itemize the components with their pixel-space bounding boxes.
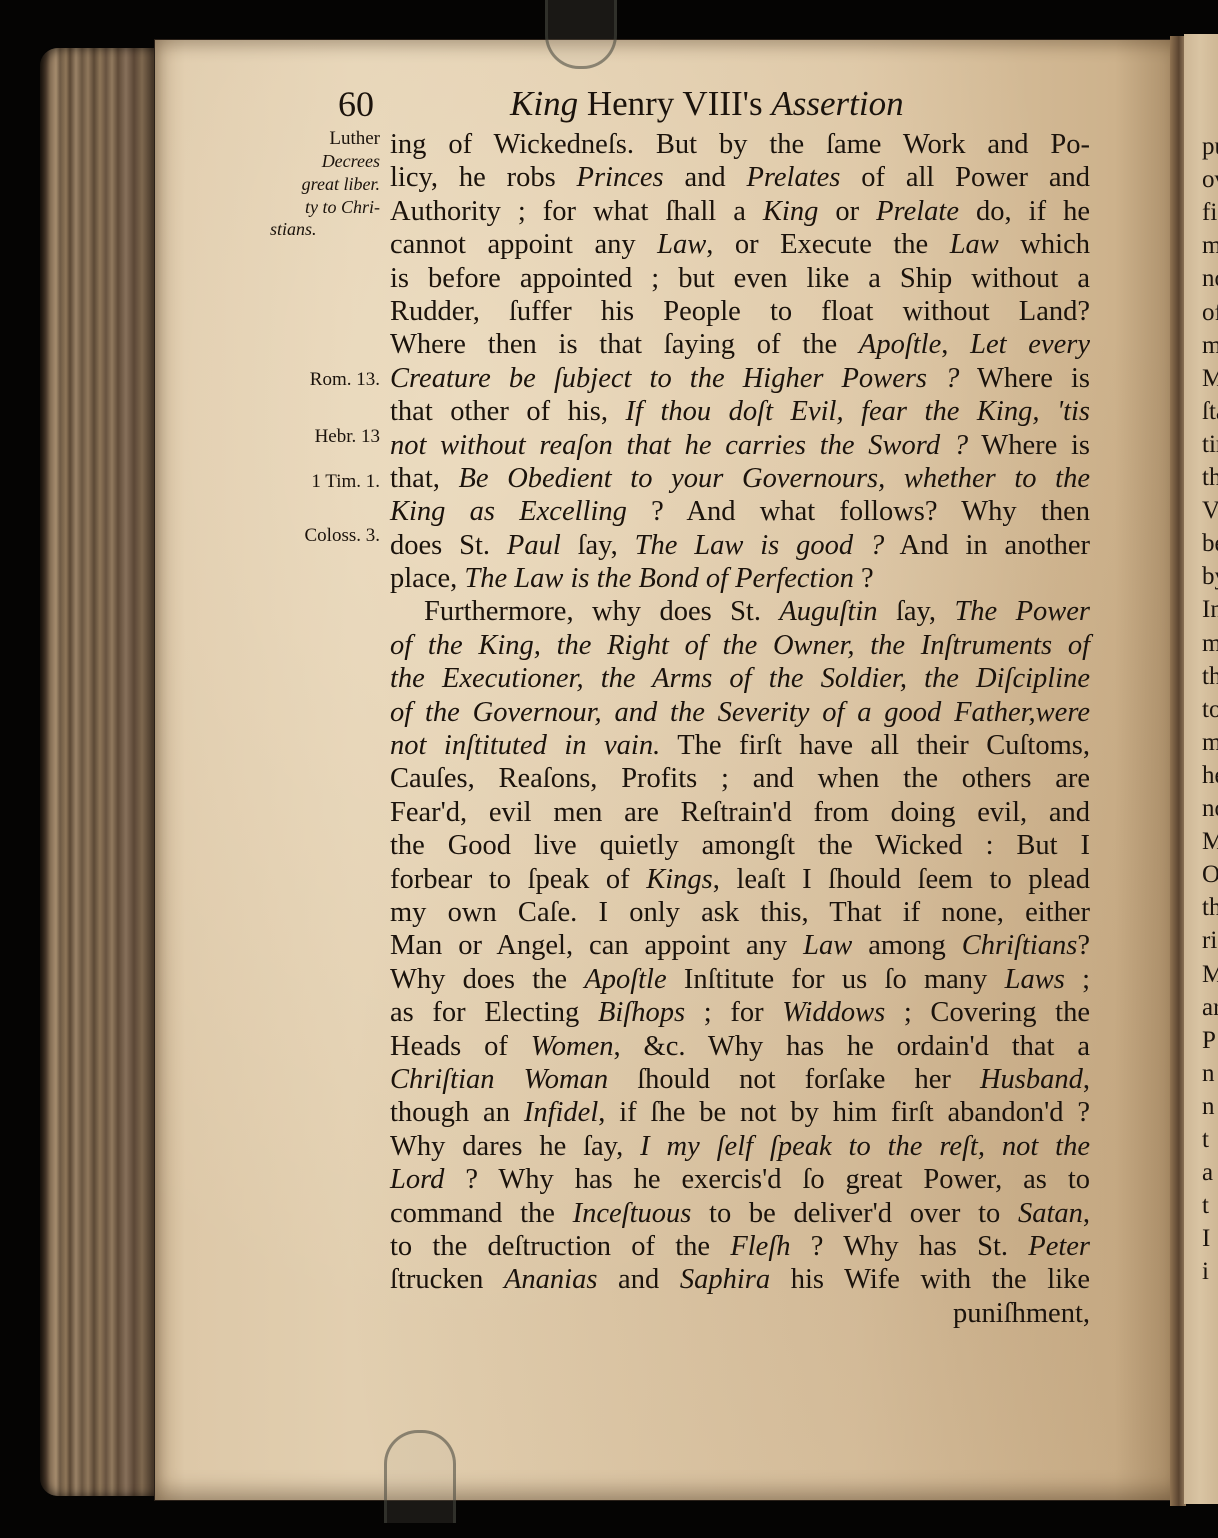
facing-page-text-fragment: to bbox=[1202, 693, 1218, 726]
facing-page-text-fragment: In bbox=[1202, 593, 1218, 626]
facing-page-text-fragment: M bbox=[1202, 362, 1218, 395]
facing-page-text-fragment: I bbox=[1202, 1222, 1210, 1255]
text-line: Rudder, ſuffer his People to float witho… bbox=[390, 295, 1090, 328]
facing-page-text-fragment: no bbox=[1202, 262, 1218, 295]
facing-page-text-fragment: t bbox=[1202, 1189, 1209, 1222]
facing-page-text-fragment: O bbox=[1202, 858, 1218, 891]
margin-note: Coloss. 3. bbox=[305, 525, 381, 547]
text-line: cannot appoint any Law, or Execute the L… bbox=[390, 228, 1090, 261]
text-line: does St. Paul ſay, The Law is good ? And… bbox=[390, 529, 1090, 562]
text-line: forbear to ſpeak of Kings, leaſt I ſhoul… bbox=[390, 863, 1090, 896]
facing-page-text-fragment: m bbox=[1202, 726, 1218, 759]
facing-page-text-fragment: ma bbox=[1202, 229, 1218, 262]
page-number: 60 bbox=[338, 82, 374, 126]
body-text: ing of Wickedneſs. But by the ſame Work … bbox=[390, 128, 1090, 1330]
text-line: as for Electing Biſhops ; for Widdows ; … bbox=[390, 996, 1090, 1029]
facing-page-text-fragment: i bbox=[1202, 1255, 1209, 1288]
text-line: of the Governour, and the Severity of a … bbox=[390, 696, 1090, 729]
text-line: Creature be ſubject to the Higher Powers… bbox=[390, 362, 1090, 395]
running-title-assertion: Assertion bbox=[771, 84, 903, 123]
text-line: Why does the Apoſtle Inſtitute for us ſo… bbox=[390, 963, 1090, 996]
book-page-right-fragment: puovficmanoofmaMſtatirthVibelbyInmethtom… bbox=[1184, 34, 1218, 1504]
facing-page-text-fragment: by bbox=[1202, 560, 1218, 593]
facing-page-text-fragment: th bbox=[1202, 660, 1218, 693]
text-line: my own Caſe. I only ask this, That if no… bbox=[390, 896, 1090, 929]
facing-page-text-fragment: fic bbox=[1202, 196, 1218, 229]
facing-page-text-fragment: M bbox=[1202, 958, 1218, 991]
text-line: is before appointed ; but even like a Sh… bbox=[390, 262, 1090, 295]
facing-page-text-fragment: a bbox=[1202, 1156, 1213, 1189]
text-line: not without reaſon that he carries the S… bbox=[390, 429, 1090, 462]
margin-note: ty to Chri- bbox=[305, 196, 380, 218]
facing-page-text-fragment: ri bbox=[1202, 924, 1217, 957]
text-line: command the Inceſtuous to be deliver'd o… bbox=[390, 1197, 1090, 1230]
facing-page-text-fragment: M bbox=[1202, 825, 1218, 858]
running-title: King Henry VIII's Assertion bbox=[510, 82, 904, 126]
text-line: that other of his, If thou doſt Evil, fe… bbox=[390, 395, 1090, 428]
facing-page-text-fragment: ſta bbox=[1202, 395, 1218, 428]
facing-page-text-fragment: P bbox=[1202, 1024, 1216, 1057]
text-line: Lord ? Why has he exercis'd ſo great Pow… bbox=[390, 1163, 1090, 1196]
facing-page-text-fragment: th bbox=[1202, 891, 1218, 924]
text-line: Authority ; for what ſhall a King or Pre… bbox=[390, 195, 1090, 228]
text-line: Heads of Women, &c. Why has he ordain'd … bbox=[390, 1030, 1090, 1063]
margin-note: Luther bbox=[329, 128, 380, 150]
margin-note: Rom. 13. bbox=[310, 369, 380, 391]
text-line: Furthermore, why does St. Auguſtin ſay, … bbox=[390, 595, 1090, 628]
text-line: King as Excelling ? And what follows? Wh… bbox=[390, 495, 1090, 528]
facing-page-text-fragment: ar bbox=[1202, 991, 1218, 1024]
text-line: ſtrucken Ananias and Saphira his Wife wi… bbox=[390, 1263, 1090, 1296]
running-title-middle: Henry VIII's bbox=[578, 84, 771, 123]
facing-page-text-fragment: he bbox=[1202, 759, 1218, 792]
facing-page-text-fragment: tir bbox=[1202, 428, 1218, 461]
text-line: ing of Wickedneſs. But by the ſame Work … bbox=[390, 128, 1090, 161]
text-line: the Good live quietly amongſt the Wicked… bbox=[390, 829, 1090, 862]
text-line: Why dares he ſay, I my ſelf ſpeak to the… bbox=[390, 1130, 1090, 1163]
fore-edge-page-stack bbox=[40, 48, 160, 1496]
page-header: 60 King Henry VIII's Assertion bbox=[0, 82, 1218, 122]
facing-page-text-fragment: n bbox=[1202, 1090, 1215, 1123]
facing-page-text-fragment: me bbox=[1202, 627, 1218, 660]
text-line: not inſtituted in vain. The firſt have a… bbox=[390, 729, 1090, 762]
text-line: to the deſtruction of the Fleſh ? Why ha… bbox=[390, 1230, 1090, 1263]
text-line: though an Infidel, if ſhe be not by him … bbox=[390, 1096, 1090, 1129]
text-line: of the King, the Right of the Owner, the… bbox=[390, 629, 1090, 662]
text-line: the Executioner, the Arms of the Soldier… bbox=[390, 662, 1090, 695]
text-line: place, The Law is the Bond of Perfection… bbox=[390, 562, 1090, 595]
text-line: Cauſes, Reaſons, Profits ; and when the … bbox=[390, 762, 1090, 795]
margin-note: stians. bbox=[270, 218, 317, 240]
facing-page-text-fragment: pu bbox=[1202, 130, 1218, 163]
glass-page-weight-top bbox=[545, 0, 617, 69]
facing-page-text-fragment: ov bbox=[1202, 163, 1218, 196]
text-line: licy, he robs Princes and Prelates of al… bbox=[390, 161, 1090, 194]
text-line: Chriſtian Woman ſhould not forſake her H… bbox=[390, 1063, 1090, 1096]
text-line: that, Be Obedient to your Governours, wh… bbox=[390, 462, 1090, 495]
text-line: Where then is that ſaying of the Apoſtle… bbox=[390, 328, 1090, 361]
margin-note: Hebr. 13 bbox=[315, 426, 380, 448]
glass-page-weight-bottom bbox=[384, 1430, 456, 1523]
text-line: puniſhment, bbox=[390, 1297, 1090, 1330]
facing-page-text-fragment: no bbox=[1202, 792, 1218, 825]
text-line: Man or Angel, can appoint any Law among … bbox=[390, 929, 1090, 962]
running-title-king: King bbox=[510, 84, 578, 123]
facing-page-text-fragment: ma bbox=[1202, 329, 1218, 362]
margin-note: 1 Tim. 1. bbox=[311, 471, 380, 493]
facing-page-text-fragment: th bbox=[1202, 461, 1218, 494]
margin-note: Decrees bbox=[322, 150, 380, 172]
facing-page-text-fragment: Vi bbox=[1202, 494, 1218, 527]
facing-page-text-fragment: t bbox=[1202, 1123, 1209, 1156]
facing-page-text-fragment: bel bbox=[1202, 527, 1218, 560]
margin-note: great liber. bbox=[302, 173, 380, 195]
text-line: Fear'd, evil men are Reſtrain'd from doi… bbox=[390, 796, 1090, 829]
facing-page-text-fragment: of bbox=[1202, 296, 1218, 329]
facing-page-text-fragment: n bbox=[1202, 1057, 1215, 1090]
